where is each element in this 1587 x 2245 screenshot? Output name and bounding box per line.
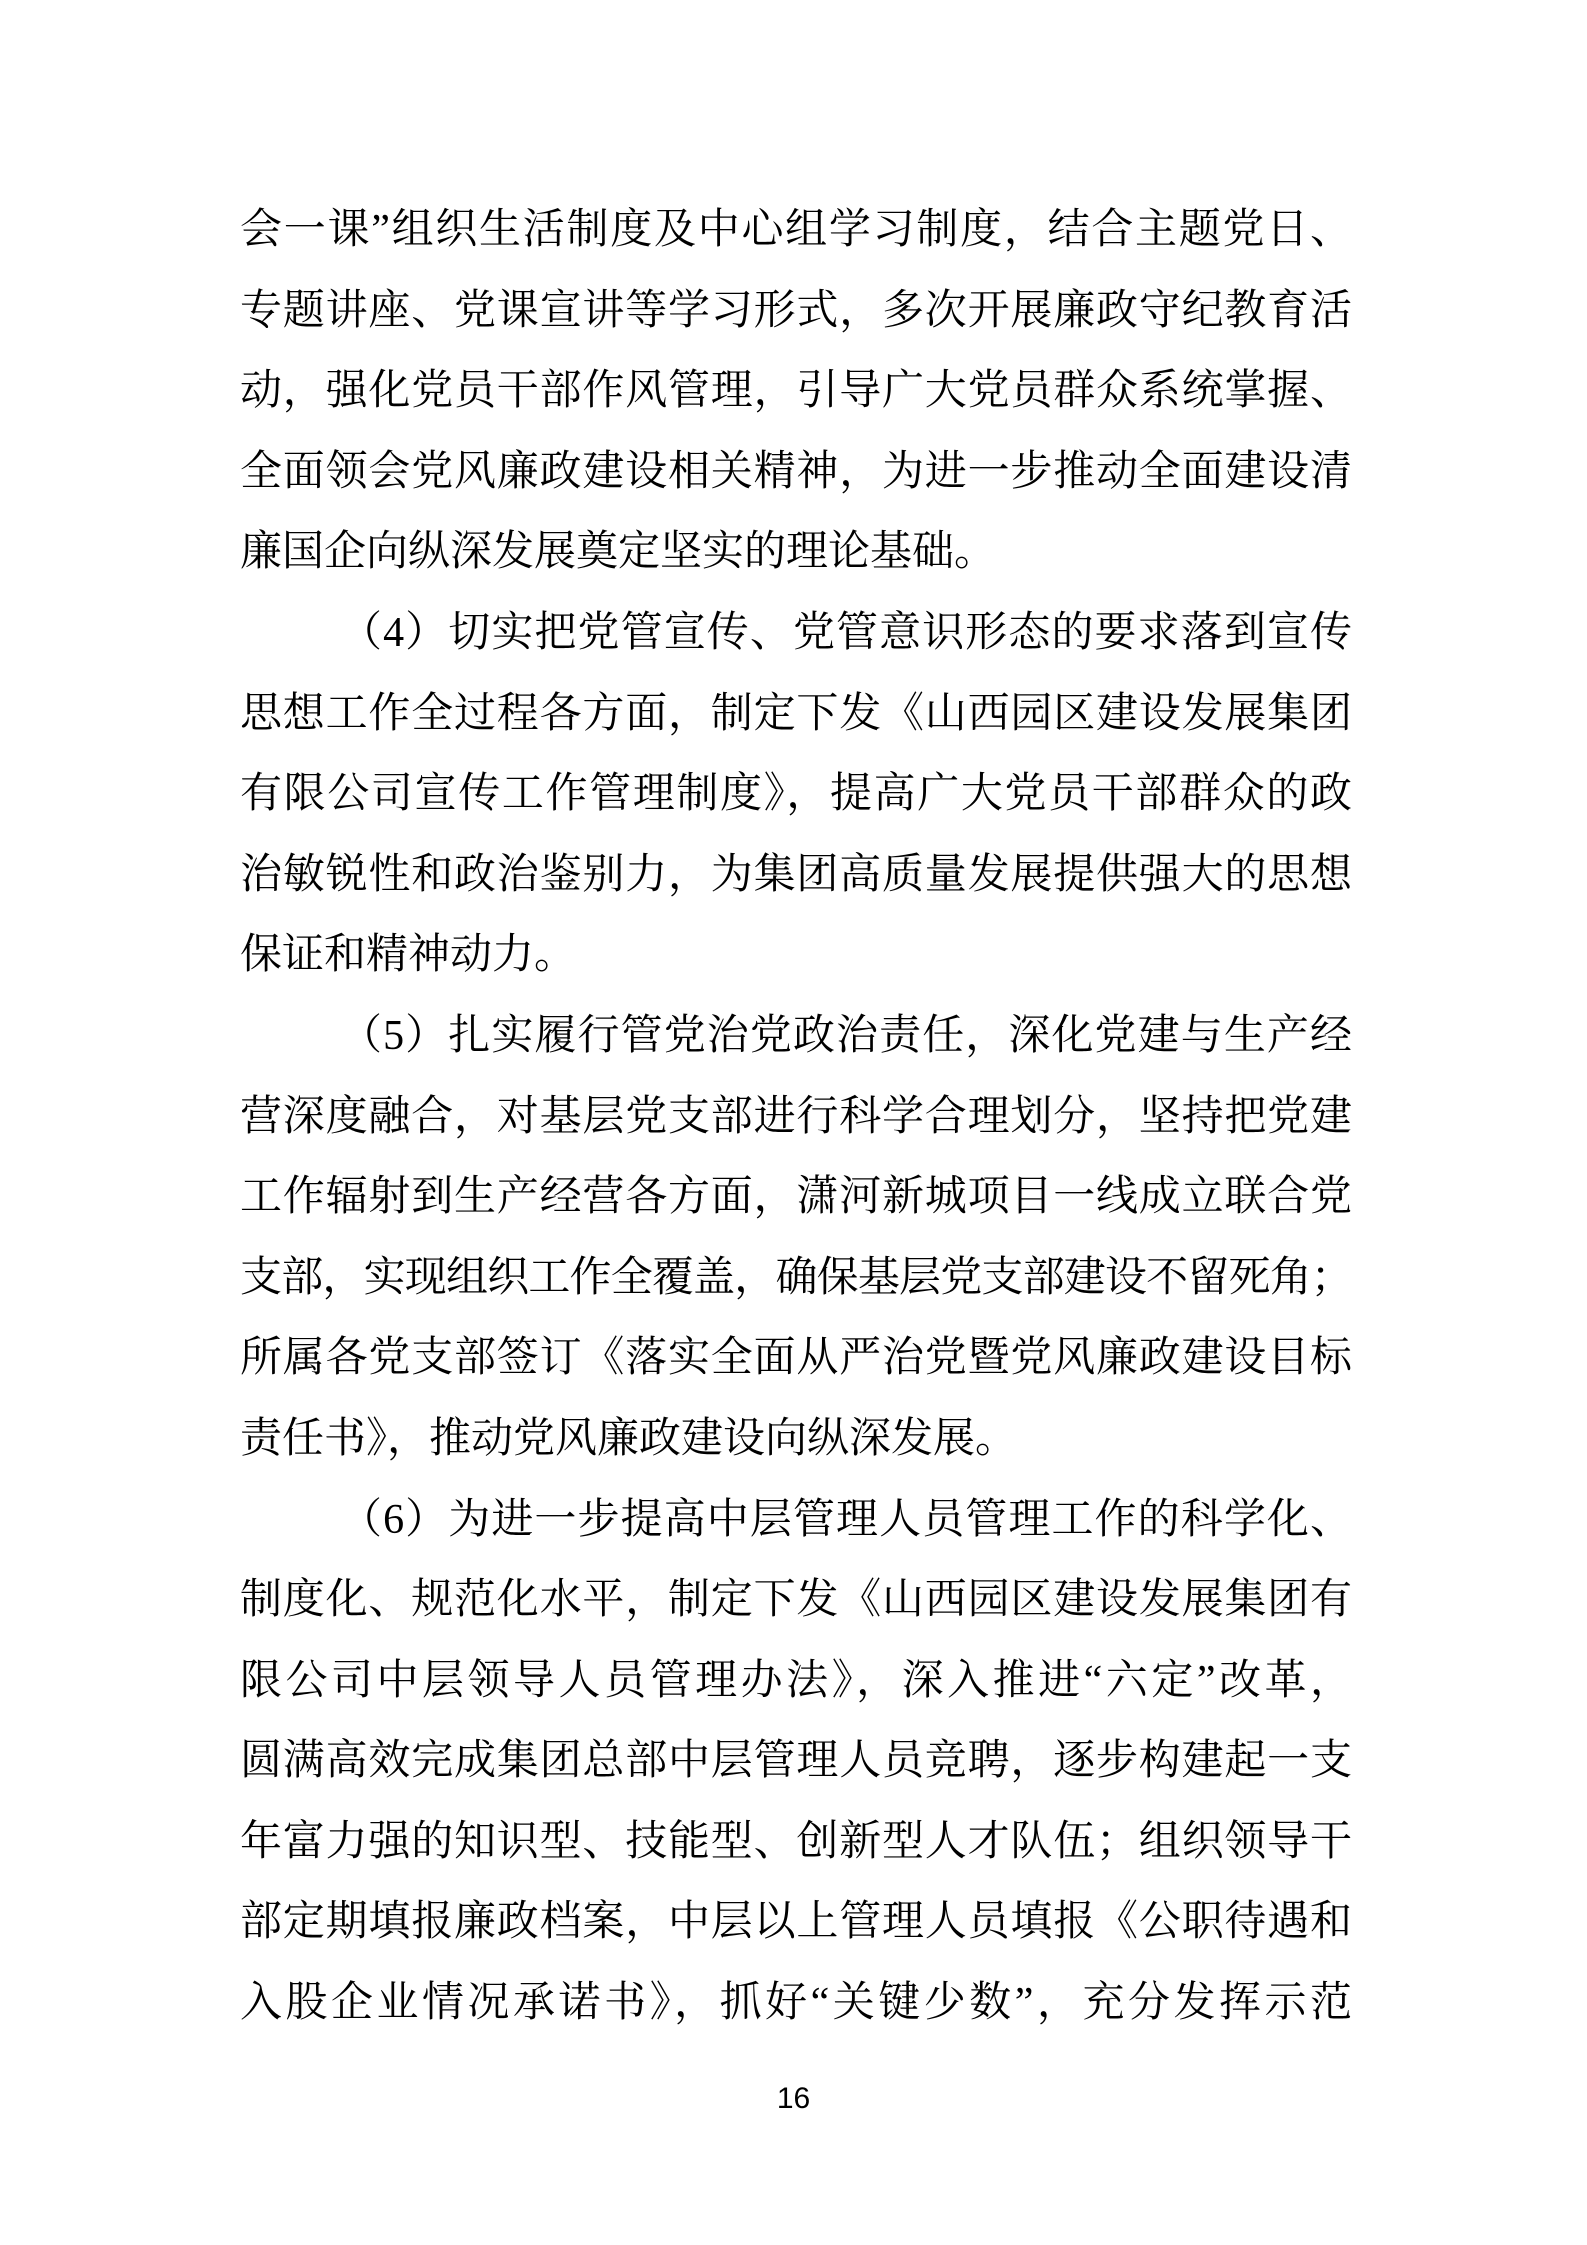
text-line: 限公司中层领导人员管理办法》，深入推进“六定”改革， (240, 1641, 1352, 1722)
text-line: 专题讲座、党课宣讲等学习形式，多次开展廉政守纪教育活 (240, 271, 1352, 352)
text-line-paragraph-start: （6）为进一步提高中层管理人员管理工作的科学化、 (240, 1480, 1352, 1561)
text-line-paragraph-end: 保证和精神动力。 (240, 915, 1352, 996)
text-line-paragraph-start: （5）扎实履行管党治党政治责任，深化党建与生产经 (240, 996, 1352, 1077)
text-line: 制度化、规范化水平，制定下发《山西园区建设发展集团有 (240, 1560, 1352, 1641)
text-line: 治敏锐性和政治鉴别力，为集团高质量发展提供强大的思想 (240, 835, 1352, 916)
text-line-paragraph-start: （4）切实把党管宣传、党管意识形态的要求落到宣传 (240, 593, 1352, 674)
text-line: 年富力强的知识型、技能型、创新型人才队伍；组织领导干 (240, 1802, 1352, 1883)
text-line: 支部，实现组织工作全覆盖，确保基层党支部建设不留死角； (240, 1238, 1352, 1319)
text-line: 所属各党支部签订《落实全面从严治党暨党风廉政建设目标 (240, 1318, 1352, 1399)
text-line: 思想工作全过程各方面，制定下发《山西园区建设发展集团 (240, 674, 1352, 755)
text-line-paragraph-end: 责任书》，推动党风廉政建设向纵深发展。 (240, 1399, 1352, 1480)
text-line: 圆满高效完成集团总部中层管理人员竞聘，逐步构建起一支 (240, 1721, 1352, 1802)
text-line: 部定期填报廉政档案，中层以上管理人员填报《公职待遇和 (240, 1882, 1352, 1963)
text-line: 有限公司宣传工作管理制度》，提高广大党员干部群众的政 (240, 754, 1352, 835)
text-line: 入股企业情况承诺书》，抓好“关键少数”，充分发挥示范 (240, 1963, 1352, 2044)
text-line: 工作辐射到生产经营各方面，潇河新城项目一线成立联合党 (240, 1157, 1352, 1238)
page-number: 16 (0, 2082, 1587, 2116)
body-text: 会一课”组织生活制度及中心组学习制度，结合主题党日、 专题讲座、党课宣讲等学习形… (240, 190, 1352, 2044)
text-line-paragraph-end: 廉国企向纵深发展奠定坚实的理论基础。 (240, 512, 1352, 593)
text-line: 动，强化党员干部作风管理，引导广大党员群众系统掌握、 (240, 351, 1352, 432)
text-line: 会一课”组织生活制度及中心组学习制度，结合主题党日、 (240, 190, 1352, 271)
document-page: 会一课”组织生活制度及中心组学习制度，结合主题党日、 专题讲座、党课宣讲等学习形… (0, 0, 1587, 2245)
text-line: 营深度融合，对基层党支部进行科学合理划分，坚持把党建 (240, 1077, 1352, 1158)
text-line: 全面领会党风廉政建设相关精神，为进一步推动全面建设清 (240, 432, 1352, 513)
